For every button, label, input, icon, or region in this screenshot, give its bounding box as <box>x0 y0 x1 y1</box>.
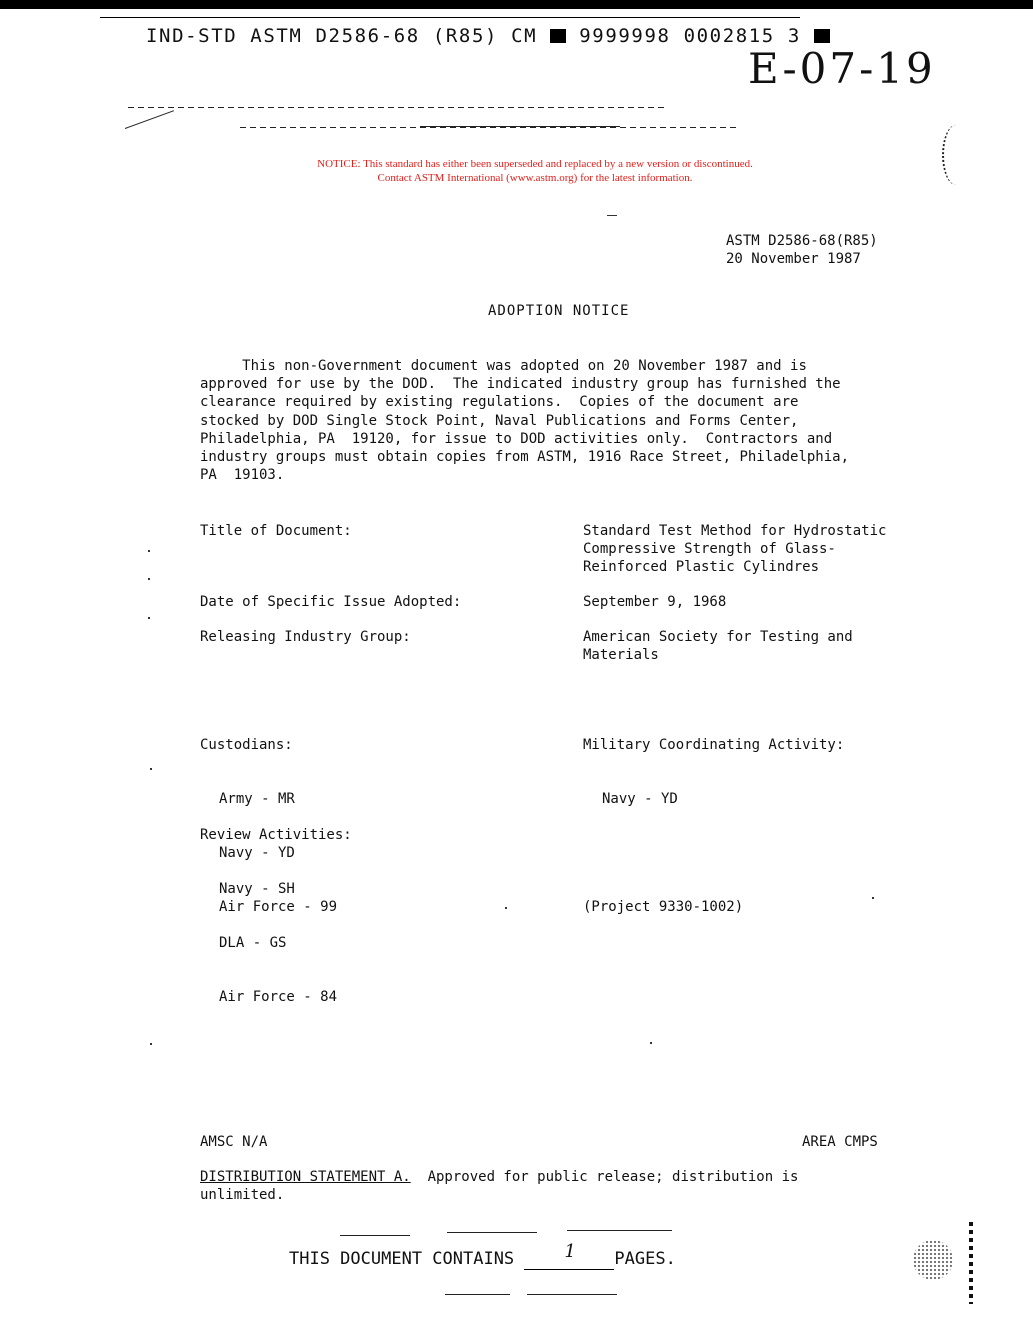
title-value: Standard Test Method for Hydrostatic Com… <box>583 522 886 576</box>
area-code: AREA CMPS <box>802 1133 878 1151</box>
scan-top-border <box>0 0 1033 9</box>
review-activity-item: DLA - GS <box>200 934 352 952</box>
top-rule <box>100 17 800 18</box>
group-label: Releasing Industry Group: <box>200 628 411 646</box>
scan-speck <box>150 768 152 770</box>
scan-speck <box>148 550 150 552</box>
document-date: 20 November 1987 <box>726 250 878 268</box>
tracking-header: IND-STD ASTM D2586-68 (R85) CM 9999998 0… <box>146 25 830 47</box>
distribution-statement: DISTRIBUTION STATEMENT A. Approved for p… <box>200 1168 798 1204</box>
military-coordinating-value: Navy - YD <box>583 790 844 808</box>
page-title: ADOPTION NOTICE <box>488 303 629 319</box>
scan-speck <box>505 907 507 909</box>
date-value: September 9, 1968 <box>583 593 726 611</box>
review-activities-section: Review Activities: Navy - SH DLA - GS Ai… <box>200 790 352 1024</box>
amsc-code: AMSC N/A <box>200 1133 267 1151</box>
distribution-label: DISTRIBUTION STATEMENT A. <box>200 1169 411 1185</box>
review-activity-item: Air Force - 84 <box>200 988 352 1006</box>
supersession-notice: NOTICE: This standard has either been su… <box>250 157 820 185</box>
page-count-blank: 1 <box>524 1249 614 1270</box>
scan-dotted-line <box>240 127 740 128</box>
scan-solid-line <box>445 1294 510 1295</box>
scan-solid-line <box>567 1230 672 1231</box>
custodians-label: Custodians: <box>200 736 337 754</box>
page-count-statement: THIS DOCUMENT CONTAINS 1 PAGES. <box>289 1249 676 1270</box>
contains-suffix: PAGES. <box>614 1249 675 1269</box>
scan-speck <box>150 1043 152 1045</box>
document-designation: ASTM D2586-68(R85) <box>726 232 878 250</box>
notice-line-1: NOTICE: This standard has either been su… <box>250 157 820 171</box>
review-activities-label: Review Activities: <box>200 826 352 844</box>
document-identifier: ASTM D2586-68(R85)20 November 1987 <box>726 232 878 268</box>
military-coordinating-section: Military Coordinating Activity: Navy - Y… <box>583 700 844 934</box>
scan-slash-mark <box>125 110 174 129</box>
contains-prefix: THIS DOCUMENT CONTAINS <box>289 1249 524 1269</box>
scan-solid-line <box>420 126 620 127</box>
scan-speck <box>650 1042 652 1044</box>
vertical-scan-mark <box>969 1222 973 1304</box>
scan-speck <box>872 897 874 899</box>
scan-speck <box>607 215 617 216</box>
handwritten-code: E-07-19 <box>748 44 936 93</box>
black-block-marker <box>814 29 830 43</box>
title-label: Title of Document: <box>200 522 352 540</box>
black-block-marker <box>550 29 566 43</box>
scan-dotted-line <box>128 107 668 108</box>
scan-speck <box>148 578 150 580</box>
tracking-line-part1: IND-STD ASTM D2586-68 (R85) CM <box>146 25 537 47</box>
scan-solid-line <box>340 1235 410 1236</box>
military-coordinating-label: Military Coordinating Activity: <box>583 736 844 754</box>
page-count-value: 1 <box>564 1241 575 1262</box>
date-label: Date of Specific Issue Adopted: <box>200 593 461 611</box>
group-value: American Society for Testing and Materia… <box>583 628 853 664</box>
stamp-arc-mark <box>942 125 970 185</box>
project-number: (Project 9330-1002) <box>583 898 844 916</box>
scan-solid-line <box>527 1294 617 1295</box>
review-activity-item: Navy - SH <box>200 880 352 898</box>
body-paragraph: This non-Government document was adopted… <box>200 357 900 484</box>
scan-speck <box>148 617 150 619</box>
stamp-seal-mark <box>913 1240 953 1280</box>
scan-solid-line <box>447 1232 537 1233</box>
notice-line-2: Contact ASTM International (www.astm.org… <box>250 171 820 185</box>
